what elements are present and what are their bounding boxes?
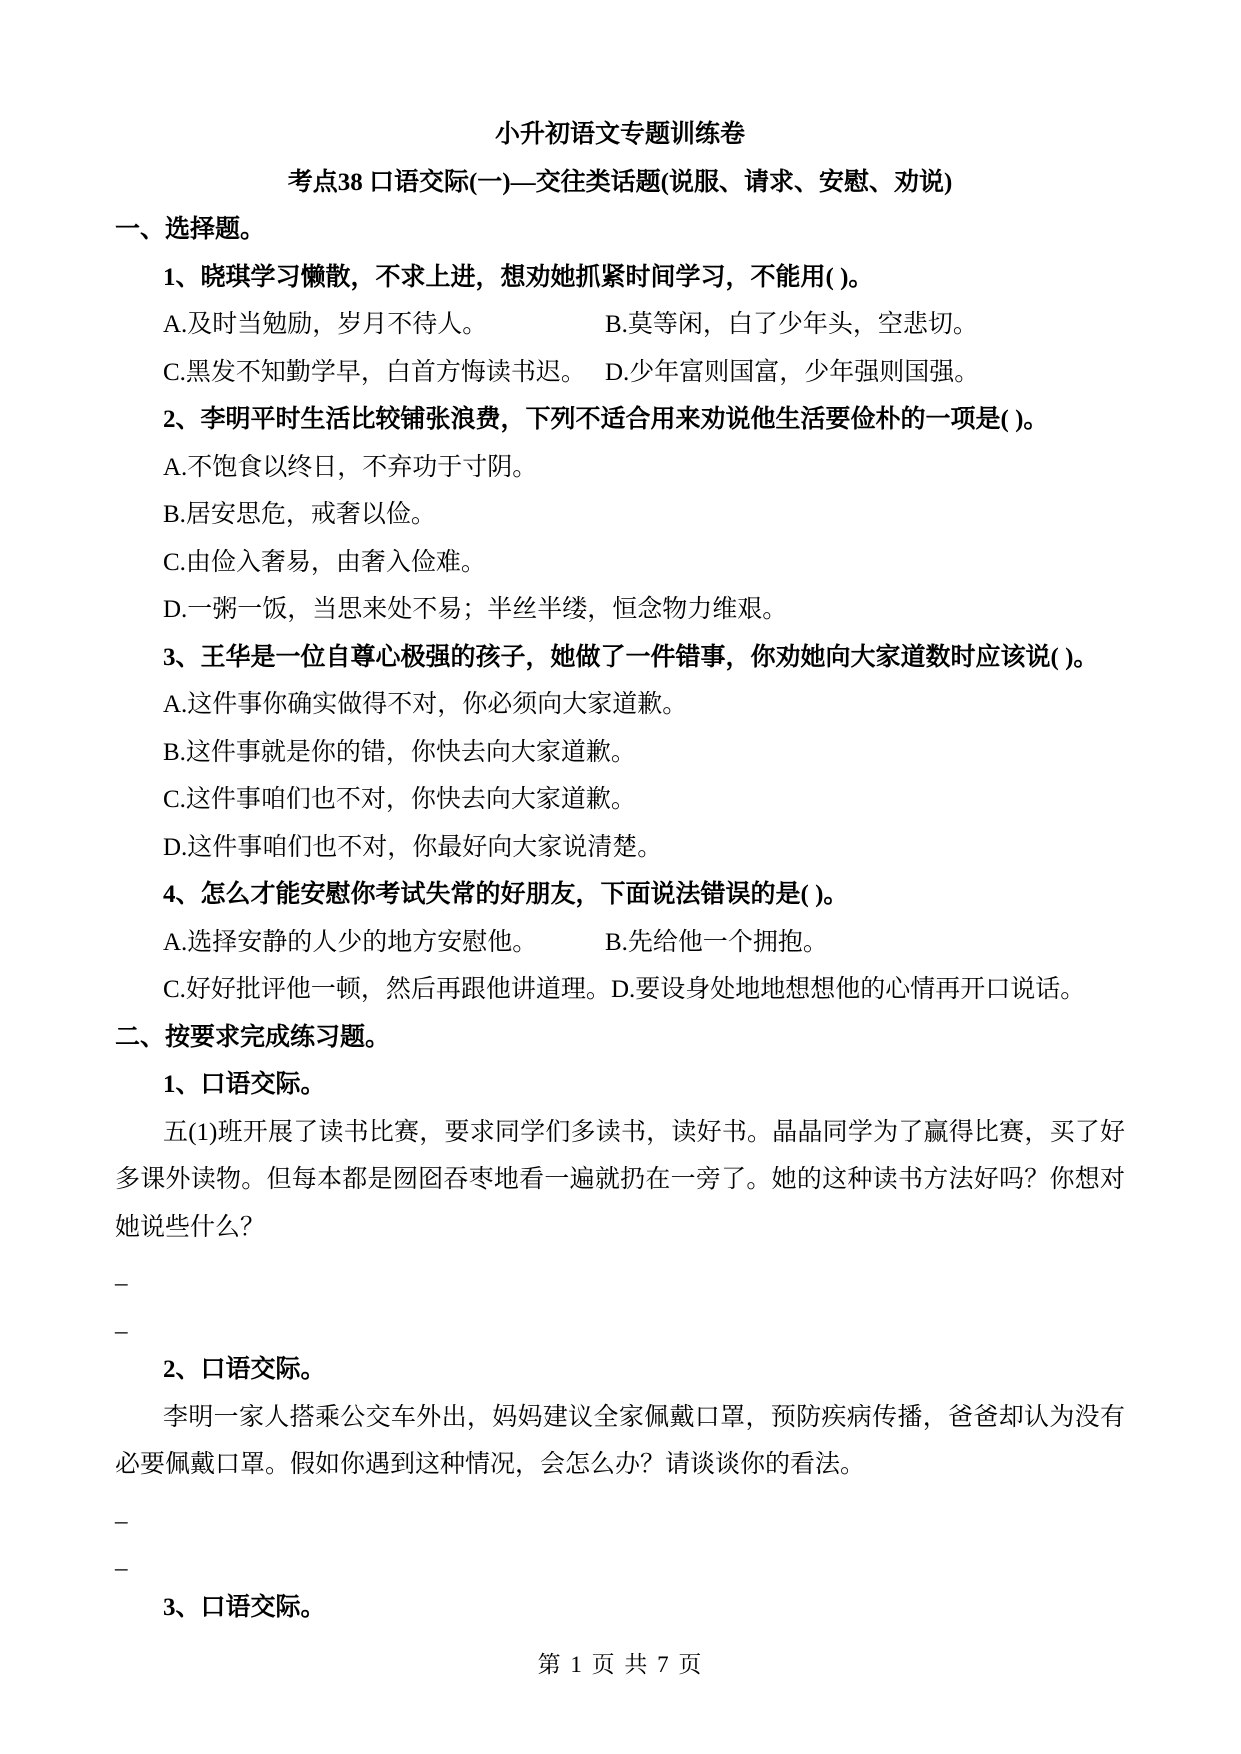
section-2-heading: 二、按要求完成练习题。 — [115, 1014, 1125, 1062]
question-4-option-d: D.要设身处地地想想他的心情再开口说话。 — [611, 976, 1085, 1003]
page-footer: 第 1 页 共 7 页 — [0, 1641, 1241, 1689]
exercise-1-prompt: 五(1)班开展了读书比赛，要求同学们多读书，读好书。晶晶同学为了赢得比赛，买了好… — [115, 1109, 1125, 1252]
page-subtitle: 考点38 口语交际(一)—交往类话题(说服、请求、安慰、劝说) — [115, 159, 1125, 207]
question-1-options-cd: C.黑发不知勤学早，白首方悔读书迟。 D.少年富则国富，少年强则国强。 — [115, 349, 1125, 397]
exercise-2-heading: 2、口语交际。 — [115, 1346, 1125, 1394]
answer-blank: _ — [115, 1489, 1125, 1537]
question-1-option-d: D.少年富则国富，少年强则国强。 — [605, 349, 979, 397]
question-1-stem: 1、晓琪学习懒散，不求上进，想劝她抓紧时间学习，不能用( )。 — [115, 254, 1125, 302]
question-1-option-b: B.莫等闲，白了少年头，空悲切。 — [605, 301, 978, 349]
question-4-options-cd: C.好好批评他一顿，然后再跟他讲道理。D.要设身处地地想想他的心情再开口说话。 — [115, 966, 1125, 1014]
question-2-option-a: A.不饱食以终日，不弃功于寸阴。 — [115, 444, 1125, 492]
question-1-option-a: A.及时当勉励，岁月不待人。 — [163, 311, 487, 338]
question-3-stem: 3、王华是一位自尊心极强的孩子，她做了一件错事，你劝她向大家道数时应该说( )。 — [115, 634, 1125, 682]
answer-blank: _ — [115, 1251, 1125, 1299]
question-1-option-c: C.黑发不知勤学早，白首方悔读书迟。 — [163, 359, 586, 386]
section-1-heading: 一、选择题。 — [115, 206, 1125, 254]
question-3-option-a: A.这件事你确实做得不对，你必须向大家道歉。 — [115, 681, 1125, 729]
question-3-option-b: B.这件事就是你的错，你快去向大家道歉。 — [115, 729, 1125, 777]
exercise-1-heading: 1、口语交际。 — [115, 1061, 1125, 1109]
exam-page: 小升初语文专题训练卷 考点38 口语交际(一)—交往类话题(说服、请求、安慰、劝… — [0, 0, 1241, 1754]
page-title: 小升初语文专题训练卷 — [115, 111, 1125, 159]
question-3-option-c: C.这件事咱们也不对，你快去向大家道歉。 — [115, 776, 1125, 824]
question-4-stem: 4、怎么才能安慰你考试失常的好朋友，下面说法错误的是( )。 — [115, 871, 1125, 919]
page-content: 小升初语文专题训练卷 考点38 口语交际(一)—交往类话题(说服、请求、安慰、劝… — [0, 0, 1241, 1631]
question-4-option-a: A.选择安静的人少的地方安慰他。 — [163, 929, 537, 956]
question-3-option-d: D.这件事咱们也不对，你最好向大家说清楚。 — [115, 824, 1125, 872]
question-2-stem: 2、李明平时生活比较铺张浪费，下列不适合用来劝说他生活要俭朴的一项是( )。 — [115, 396, 1125, 444]
question-2-option-c: C.由俭入奢易，由奢入俭难。 — [115, 539, 1125, 587]
exercise-2-prompt: 李明一家人搭乘公交车外出，妈妈建议全家佩戴口罩，预防疾病传播，爸爸却认为没有必要… — [115, 1394, 1125, 1489]
question-4-option-b: B.先给他一个拥抱。 — [605, 919, 828, 967]
question-2-option-d: D.一粥一饭，当思来处不易；半丝半缕，恒念物力维艰。 — [115, 586, 1125, 634]
answer-blank: _ — [115, 1299, 1125, 1347]
question-1-options-ab: A.及时当勉励，岁月不待人。 B.莫等闲，白了少年头，空悲切。 — [115, 301, 1125, 349]
question-4-options-ab: A.选择安静的人少的地方安慰他。 B.先给他一个拥抱。 — [115, 919, 1125, 967]
question-2-option-b: B.居安思危，戒奢以俭。 — [115, 491, 1125, 539]
exercise-3-heading: 3、口语交际。 — [115, 1584, 1125, 1632]
answer-blank: _ — [115, 1536, 1125, 1584]
question-4-option-c: C.好好批评他一顿，然后再跟他讲道理。 — [163, 976, 611, 1003]
